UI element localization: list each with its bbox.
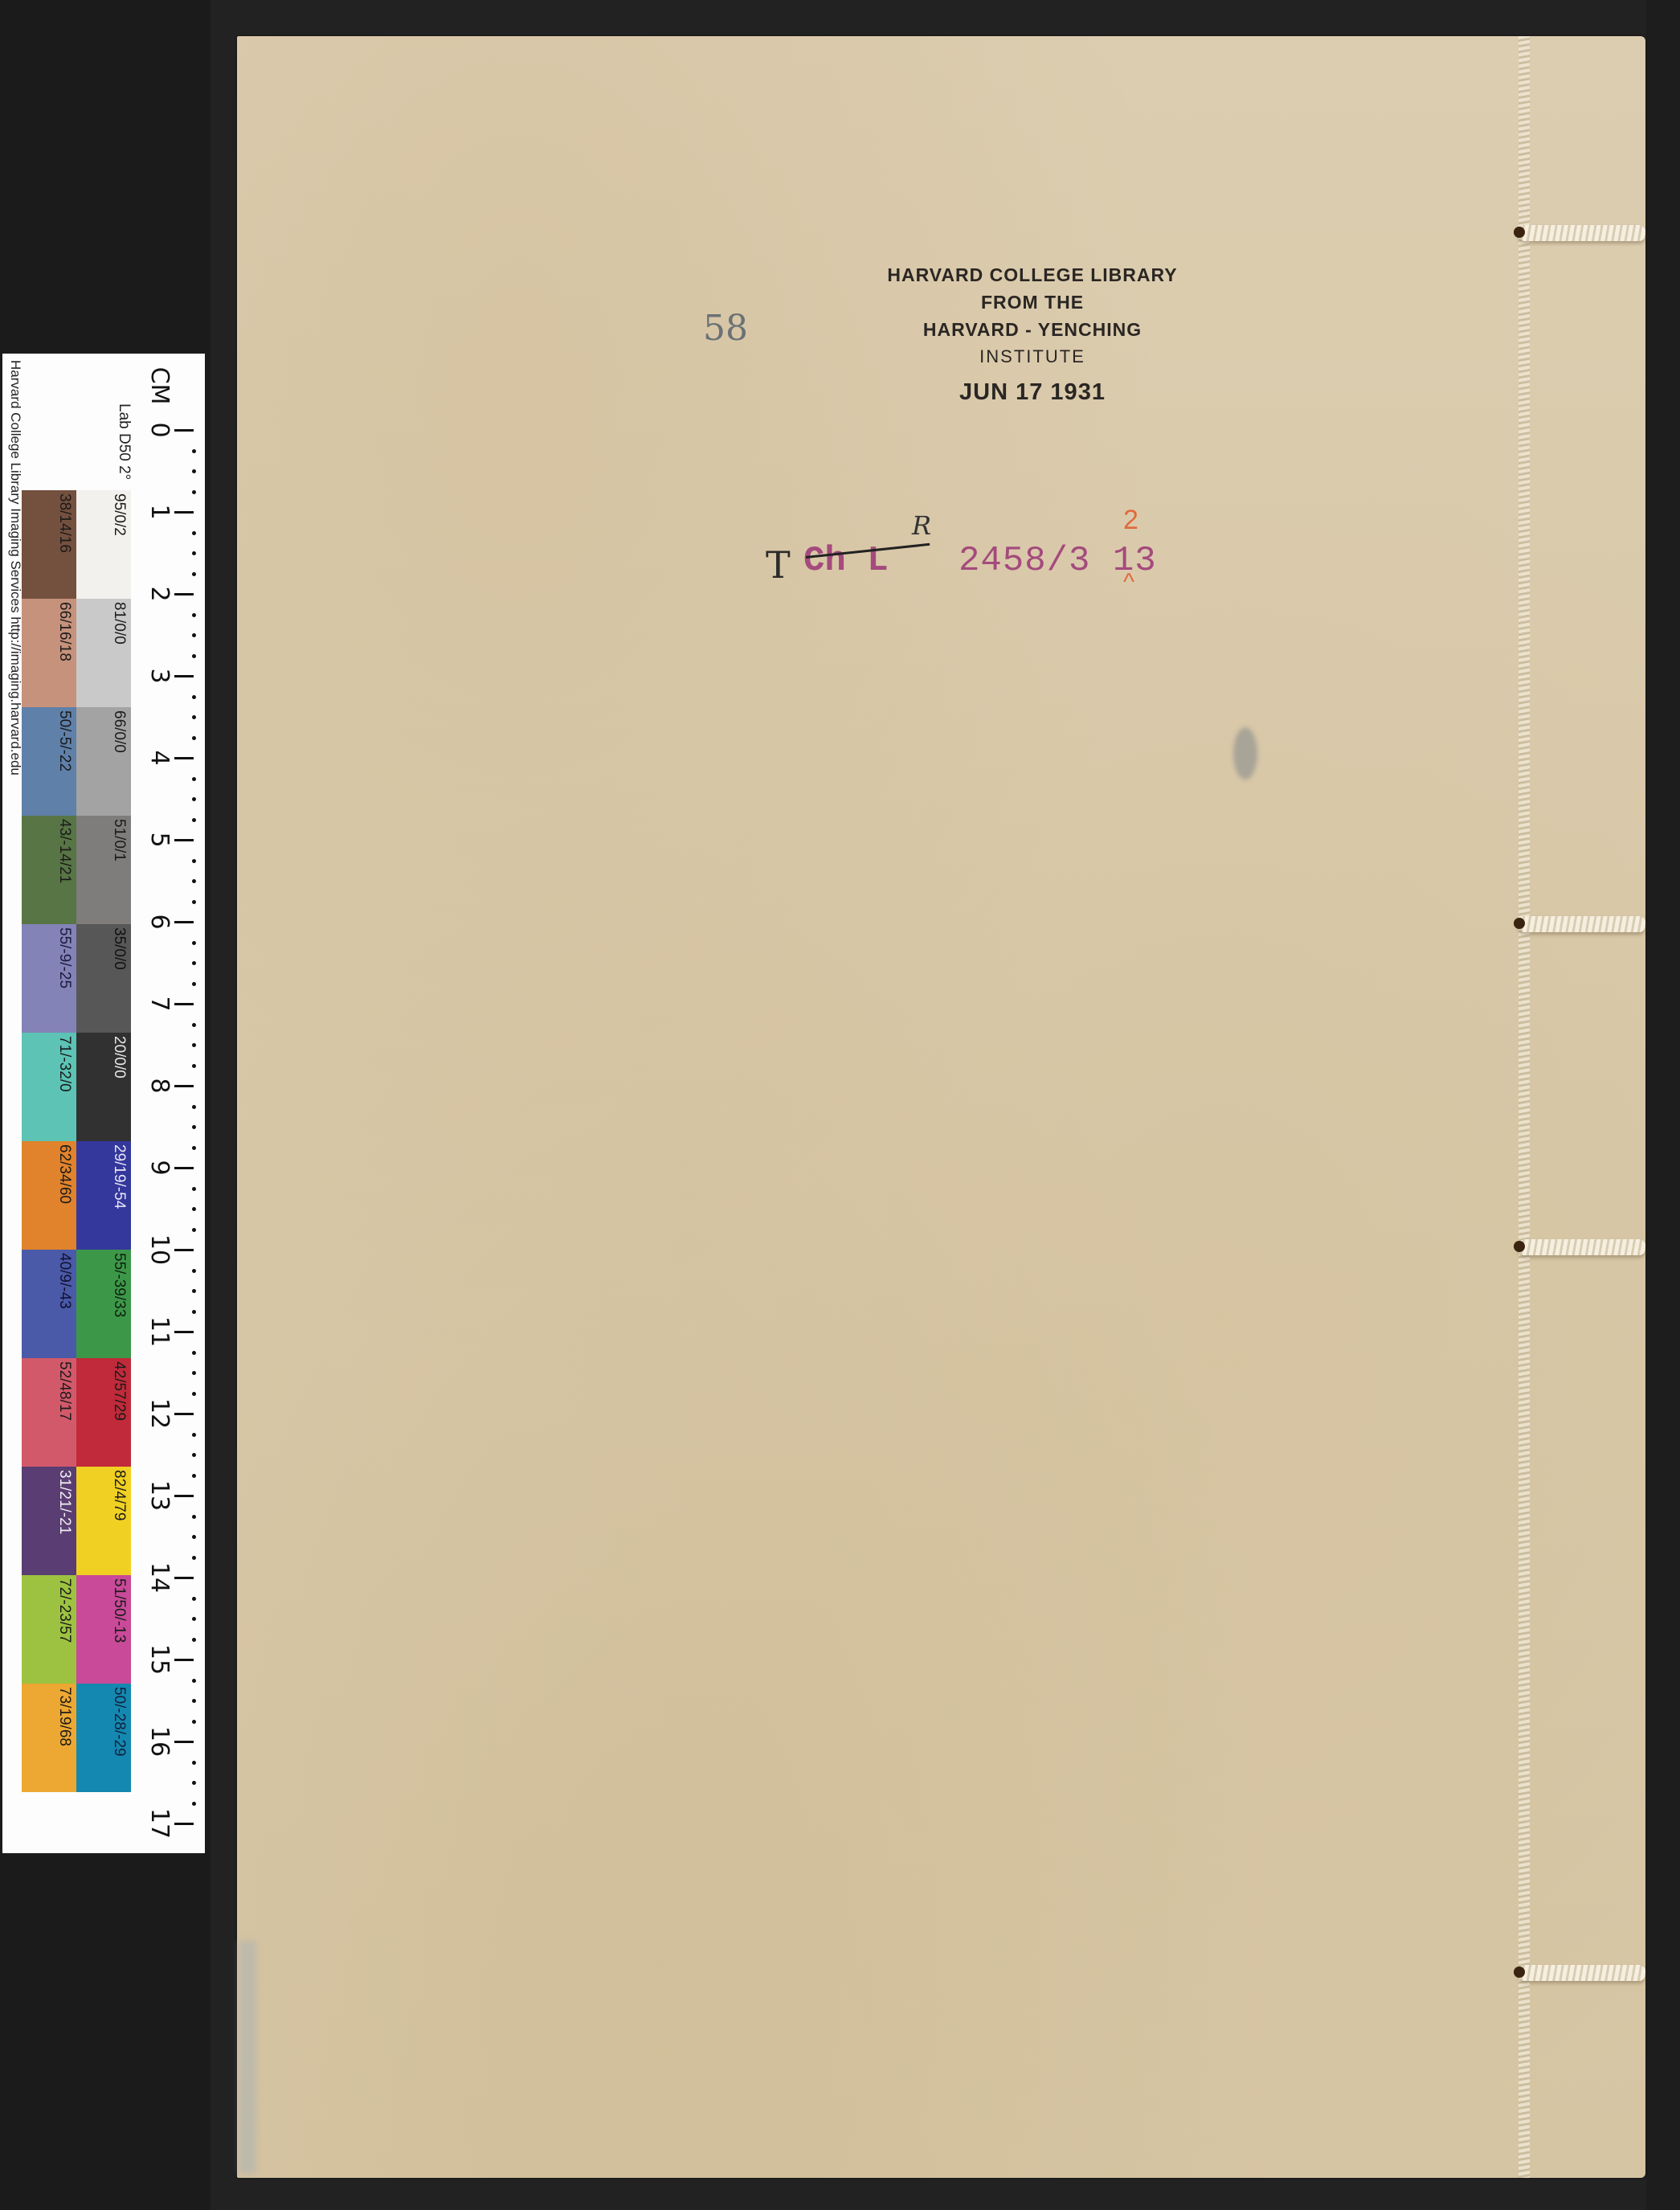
ruler-tick xyxy=(174,1167,194,1169)
ruler-dot xyxy=(192,1207,196,1211)
color-swatch: 50/-28/-29 xyxy=(76,1684,131,1792)
ruler-dot xyxy=(192,1433,196,1437)
binding-stitch xyxy=(1519,1965,1645,1981)
swatch-lab-value: 31/21/-21 xyxy=(55,1470,73,1534)
ruler-tick xyxy=(174,675,194,677)
color-swatch: 66/0/0 xyxy=(76,707,131,816)
ruler-number: 12 xyxy=(147,1398,171,1429)
ruler-dot xyxy=(192,654,196,658)
color-swatch: 50/-5/-22 xyxy=(22,707,76,816)
ruler-number: 7 xyxy=(147,996,171,1011)
ruler-number: 14 xyxy=(147,1562,171,1593)
ruler-number: 1 xyxy=(147,504,171,519)
ruler-dot xyxy=(192,1187,196,1191)
stitch-hole xyxy=(1514,1966,1525,1978)
ruler-dot xyxy=(192,613,196,617)
ruler-tick xyxy=(174,593,194,595)
ruler-dot xyxy=(192,1351,196,1355)
ruler-dot xyxy=(192,1043,196,1047)
ruler-tick xyxy=(174,1249,194,1251)
swatch-lab-value: 51/0/1 xyxy=(110,819,128,861)
swatch-lab-value: 42/57/29 xyxy=(110,1361,128,1421)
swatch-lab-value: 72/-23/57 xyxy=(55,1578,73,1643)
color-swatch: 72/-23/57 xyxy=(22,1575,76,1684)
ruler-dot xyxy=(192,1761,196,1765)
ruler-dot xyxy=(192,1802,196,1806)
swatch-lab-value: 50/-5/-22 xyxy=(55,710,73,771)
color-swatch: 31/21/-21 xyxy=(22,1467,76,1575)
edge-stain xyxy=(239,1941,256,2174)
ruler-dot xyxy=(192,633,196,637)
ruler-number: 10 xyxy=(147,1234,171,1265)
swatch-lab-value: 55/-39/33 xyxy=(110,1253,128,1317)
stamp-line-4: INSTITUTE xyxy=(751,343,1314,370)
swatch-lab-value: 66/16/18 xyxy=(55,602,73,661)
ruler-dot xyxy=(192,695,196,699)
stitch-hole xyxy=(1514,918,1525,929)
stitch-hole xyxy=(1514,227,1525,238)
ruler-number: 16 xyxy=(147,1726,171,1757)
swatch-lab-value: 52/48/17 xyxy=(55,1361,73,1421)
lab-d50-label: Lab D50 2° xyxy=(115,403,133,480)
ruler-dot xyxy=(192,1515,196,1519)
color-swatch: 55/-39/33 xyxy=(76,1250,131,1358)
swatch-lab-value: 62/34/60 xyxy=(55,1144,73,1204)
ruler-dot xyxy=(192,1392,196,1396)
ruler-dot xyxy=(192,859,196,863)
swatch-lab-value: 81/0/0 xyxy=(110,602,128,645)
color-swatch: 82/4/79 xyxy=(76,1467,131,1575)
ruler-tick xyxy=(174,511,194,514)
ruler-number: 15 xyxy=(147,1644,171,1675)
ruler-dot xyxy=(192,1228,196,1232)
ruler-dot xyxy=(192,1720,196,1724)
swatch-lab-value: 55/-9/-25 xyxy=(55,927,73,988)
color-calibration-target: Harvard College Library Imaging Services… xyxy=(2,354,205,1853)
library-stamp: HARVARD COLLEGE LIBRARY FROM THE HARVARD… xyxy=(751,261,1314,406)
ruler-unit-label: CM xyxy=(147,367,171,405)
stamp-line-3: HARVARD - YENCHING xyxy=(751,316,1314,343)
color-swatch: 51/50/-13 xyxy=(76,1575,131,1684)
stitch-hole xyxy=(1514,1241,1525,1252)
ruler-dot xyxy=(192,1310,196,1314)
ruler-dot xyxy=(192,1597,196,1601)
ruler-dot xyxy=(192,1679,196,1683)
swatch-lab-value: 51/50/-13 xyxy=(110,1578,128,1643)
ruler-tick xyxy=(174,839,194,841)
ruler-tick xyxy=(174,921,194,923)
ruler-number: 0 xyxy=(147,422,171,437)
binding-stitch xyxy=(1519,1239,1645,1255)
ruler-tick xyxy=(174,1741,194,1743)
spine-binding-thread xyxy=(1519,36,1530,2178)
color-swatch: 43/-14/21 xyxy=(22,816,76,924)
swatch-lab-value: 71/-32/0 xyxy=(55,1036,73,1092)
color-swatch: 20/0/0 xyxy=(76,1033,131,1141)
ruler-dot xyxy=(192,1023,196,1027)
ruler-dot xyxy=(192,1289,196,1293)
swatch-lab-value: 43/-14/21 xyxy=(55,819,73,883)
ruler-dot xyxy=(192,1535,196,1539)
background-right xyxy=(1646,0,1680,2210)
call-struck-text: Ch L xyxy=(803,541,889,581)
ruler-tick xyxy=(174,1495,194,1497)
ruler-number: 6 xyxy=(147,914,171,929)
ruler-dot xyxy=(192,1638,196,1642)
ruler-dot xyxy=(192,715,196,719)
color-swatch: 55/-9/-25 xyxy=(22,924,76,1033)
ruler-dot xyxy=(192,1064,196,1068)
ruler-dot xyxy=(192,572,196,576)
color-swatch: 40/9/-43 xyxy=(22,1250,76,1358)
swatch-lab-value: 29/19/-54 xyxy=(110,1144,128,1209)
ruler-dot xyxy=(192,1125,196,1129)
swatch-lab-value: 50/-28/-29 xyxy=(110,1687,128,1757)
ruler-tick xyxy=(174,1085,194,1087)
color-swatch: 29/19/-54 xyxy=(76,1141,131,1250)
ruler-dot xyxy=(192,777,196,781)
ruler-tick xyxy=(174,1577,194,1579)
color-swatch: 73/19/68 xyxy=(22,1684,76,1792)
ruler-tick xyxy=(174,1331,194,1333)
book-cover: 58 HARVARD COLLEGE LIBRARY FROM THE HARV… xyxy=(237,36,1645,2178)
swatch-lab-value: 82/4/79 xyxy=(110,1470,128,1520)
ruler-dot xyxy=(192,1453,196,1457)
ruler-tick xyxy=(174,1823,194,1825)
swatch-lab-value: 35/0/0 xyxy=(110,927,128,970)
ruler-dot xyxy=(192,941,196,945)
swatch-lab-value: 73/19/68 xyxy=(55,1687,73,1746)
color-swatch: 66/16/18 xyxy=(22,599,76,707)
ruler-dot xyxy=(192,879,196,883)
ruler-dot xyxy=(192,449,196,453)
call-caret-mark: ^ xyxy=(1123,569,1134,596)
ruler-tick xyxy=(174,1003,194,1005)
ruler-number: 5 xyxy=(147,832,171,847)
swatch-lab-value: 38/14/16 xyxy=(55,493,73,553)
ruler-dot xyxy=(192,797,196,801)
ruler-dot xyxy=(192,736,196,740)
color-swatch: 38/14/16 xyxy=(22,490,76,599)
call-superscript: 2 xyxy=(1123,505,1138,536)
ruler-dot xyxy=(192,900,196,904)
ruler-number: 13 xyxy=(147,1480,171,1511)
ruler-tick xyxy=(174,757,194,759)
ruler-dot xyxy=(192,1556,196,1560)
ruler-number: 2 xyxy=(147,586,171,601)
imaging-credit: Harvard College Library Imaging Services… xyxy=(7,360,23,776)
ruler-number: 4 xyxy=(147,750,171,765)
accession-number: 58 xyxy=(703,308,748,349)
call-pencil-insert: R xyxy=(912,510,931,541)
ruler-dot xyxy=(192,1781,196,1785)
stamp-line-1: HARVARD COLLEGE LIBRARY xyxy=(751,261,1314,289)
ruler-number: 8 xyxy=(147,1078,171,1093)
ruler-dot xyxy=(192,531,196,535)
binding-stitch xyxy=(1519,225,1645,241)
ruler-dot xyxy=(192,1371,196,1375)
ruler-dot xyxy=(192,1105,196,1109)
ruler-dot xyxy=(192,1269,196,1273)
ruler-number: 9 xyxy=(147,1160,171,1175)
swatch-lab-value: 95/0/2 xyxy=(110,493,128,536)
swatch-lab-value: 40/9/-43 xyxy=(55,1253,73,1309)
ruler-dot xyxy=(192,982,196,986)
ruler-number: 17 xyxy=(147,1808,171,1839)
swatch-lab-value: 66/0/0 xyxy=(110,710,128,753)
stamp-line-2: FROM THE xyxy=(751,289,1314,316)
color-swatch: 52/48/17 xyxy=(22,1358,76,1467)
color-swatch: 62/34/60 xyxy=(22,1141,76,1250)
ink-stain xyxy=(1233,727,1257,780)
call-pencil-prefix: T xyxy=(766,543,791,587)
color-swatch: 71/-32/0 xyxy=(22,1033,76,1141)
color-swatch: 35/0/0 xyxy=(76,924,131,1033)
ruler-dot xyxy=(192,1699,196,1703)
ruler-number: 11 xyxy=(147,1316,171,1347)
call-number: T Ch L R 2458/3 13 2 ^ xyxy=(759,506,1402,603)
stamp-date: JUN 17 1931 xyxy=(751,379,1314,406)
color-swatch: 42/57/29 xyxy=(76,1358,131,1467)
ruler-tick xyxy=(174,429,194,432)
color-swatch: 95/0/2 xyxy=(76,490,131,599)
ruler-dot xyxy=(192,490,196,494)
swatch-lab-value: 20/0/0 xyxy=(110,1036,128,1078)
ruler-dot xyxy=(192,551,196,555)
ruler-dot xyxy=(192,818,196,822)
color-swatch: 51/0/1 xyxy=(76,816,131,924)
color-swatch: 81/0/0 xyxy=(76,599,131,707)
ruler-dot xyxy=(192,469,196,473)
ruler-tick xyxy=(174,1413,194,1415)
ruler-dot xyxy=(192,1474,196,1478)
ruler-tick xyxy=(174,1659,194,1661)
ruler-number: 3 xyxy=(147,668,171,683)
ruler-dot xyxy=(192,961,196,965)
ruler-dot xyxy=(192,1617,196,1621)
binding-stitch xyxy=(1519,916,1645,932)
ruler-dot xyxy=(192,1146,196,1150)
